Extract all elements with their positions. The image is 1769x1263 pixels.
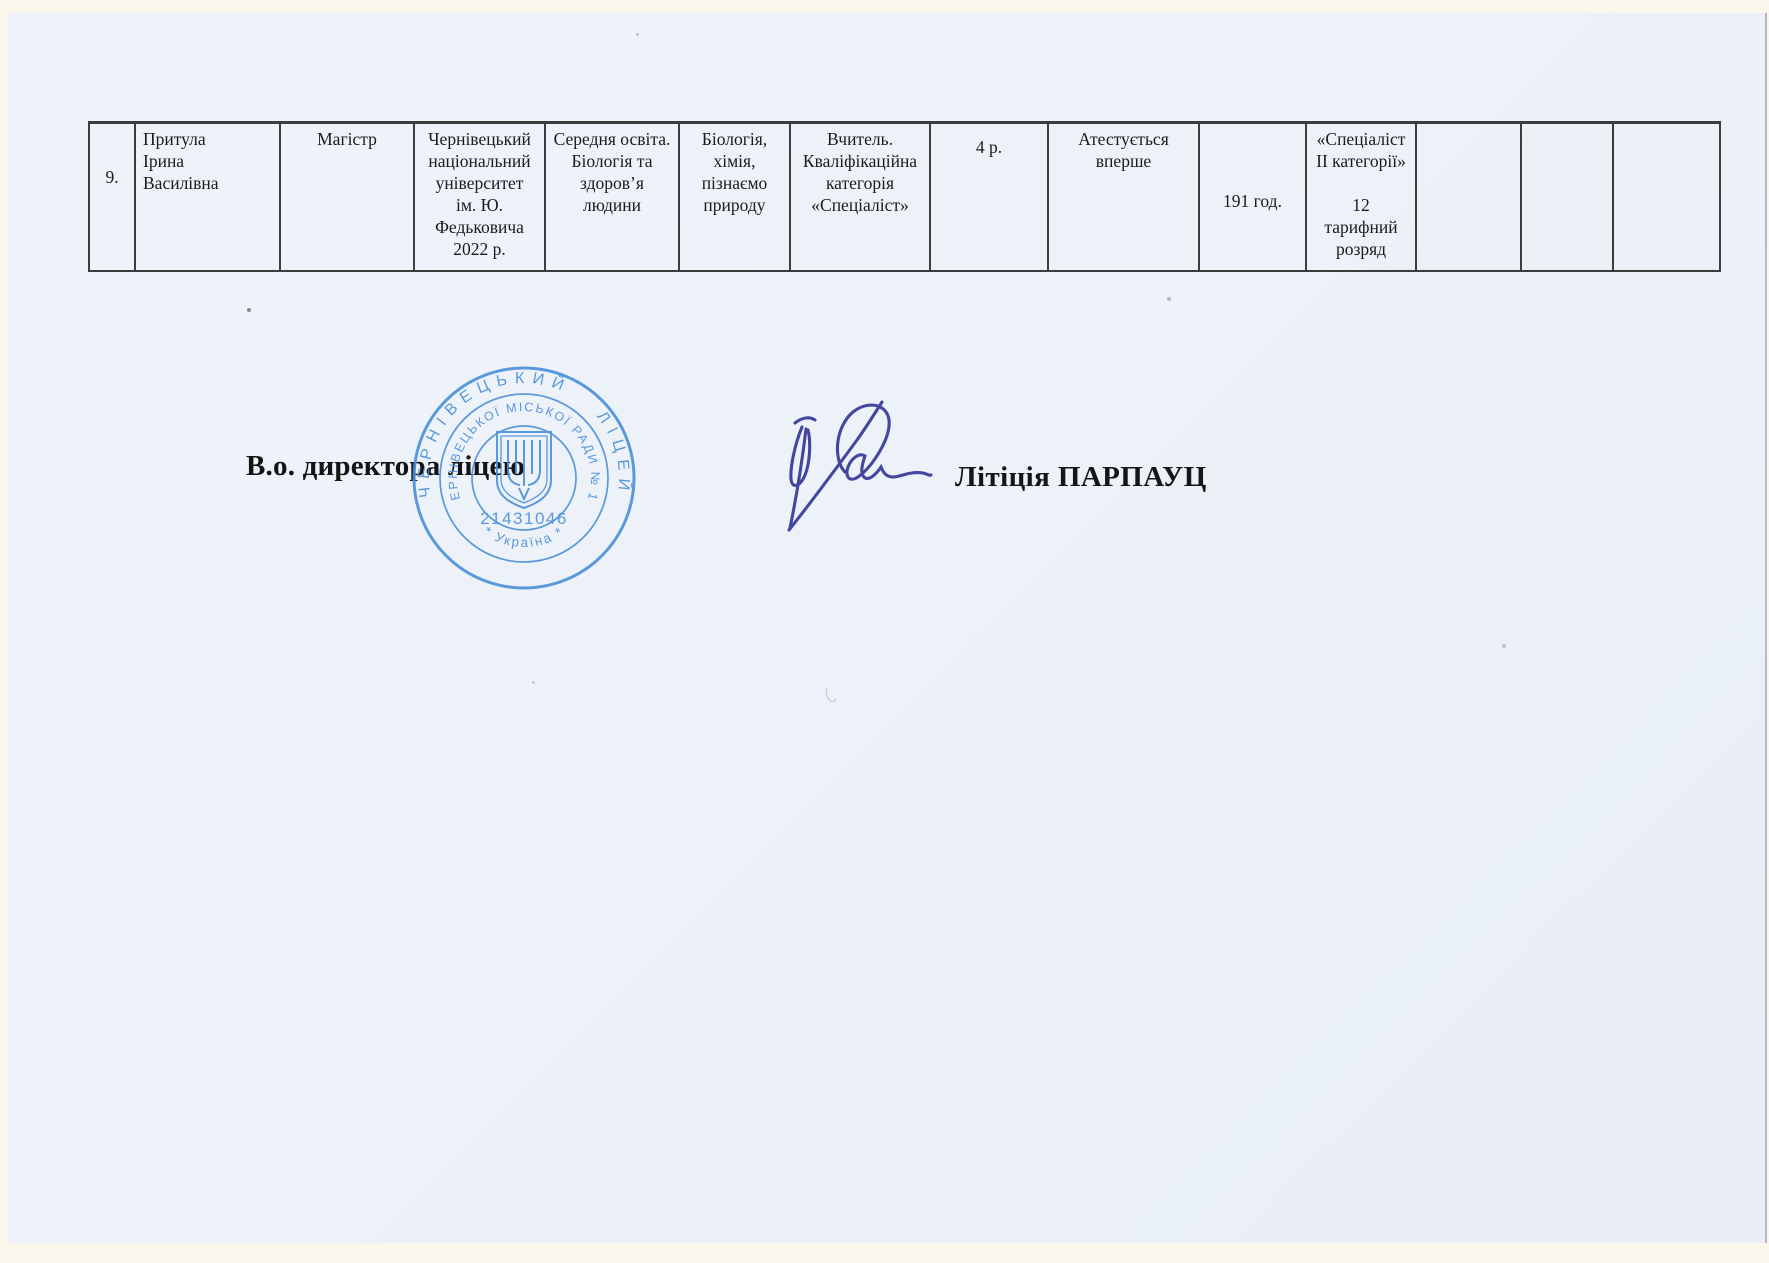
table-cell-subjects: Біологія, хімія, пізнаємо природу xyxy=(680,124,791,270)
table-cell-result-category: «Спеціаліст ІІ категорії» 12 тарифний ро… xyxy=(1307,124,1417,270)
scan-speck xyxy=(1502,644,1506,648)
signature-ink xyxy=(765,372,945,552)
scan-speck xyxy=(247,308,251,312)
stamp-edrpou-number: 21431046 xyxy=(480,509,568,528)
table-cell-specialty: Середня освіта. Біологія та здоров’я люд… xyxy=(546,124,680,270)
table-cell-degree: Магістр xyxy=(281,124,415,270)
trident-emblem-icon xyxy=(497,432,551,508)
table-cell-empty-2 xyxy=(1522,124,1614,270)
table-cell-university: Чернівецький національний університет ім… xyxy=(415,124,546,270)
scan-speck xyxy=(532,681,535,684)
table-cell-hours: 191 год. xyxy=(1200,124,1307,270)
official-round-stamp: ЧЕРНІВЕЦЬКИЙ ЛІЦЕЙ ЧЕРНІВЕЦЬКОЇ МІСЬКОЇ … xyxy=(404,358,644,598)
scan-speck xyxy=(636,33,639,36)
table-cell-position-category: Вчитель. Кваліфікаційна категорія «Спеці… xyxy=(791,124,931,270)
scanned-document: { "table": { "row": { "cells": [ {"text"… xyxy=(0,0,1769,1263)
scan-speck xyxy=(1167,297,1171,301)
scanned-page: 9. Притула Ірина Василівна Магістр Черні… xyxy=(8,13,1767,1243)
table-cell-name: Притула Ірина Василівна xyxy=(136,124,281,270)
table-cell-empty-1 xyxy=(1417,124,1522,270)
table-cell-number: 9. xyxy=(90,124,136,270)
table-cell-attestation: Атестується вперше xyxy=(1049,124,1200,270)
table-row: 9. Притула Ірина Василівна Магістр Черні… xyxy=(88,121,1721,272)
table-cell-empty-3 xyxy=(1614,124,1719,270)
signer-name: Літіція ПАРПАУЦ xyxy=(955,461,1207,494)
table-cell-experience: 4 р. xyxy=(931,124,1049,270)
scan-pencil-mark xyxy=(824,684,838,703)
